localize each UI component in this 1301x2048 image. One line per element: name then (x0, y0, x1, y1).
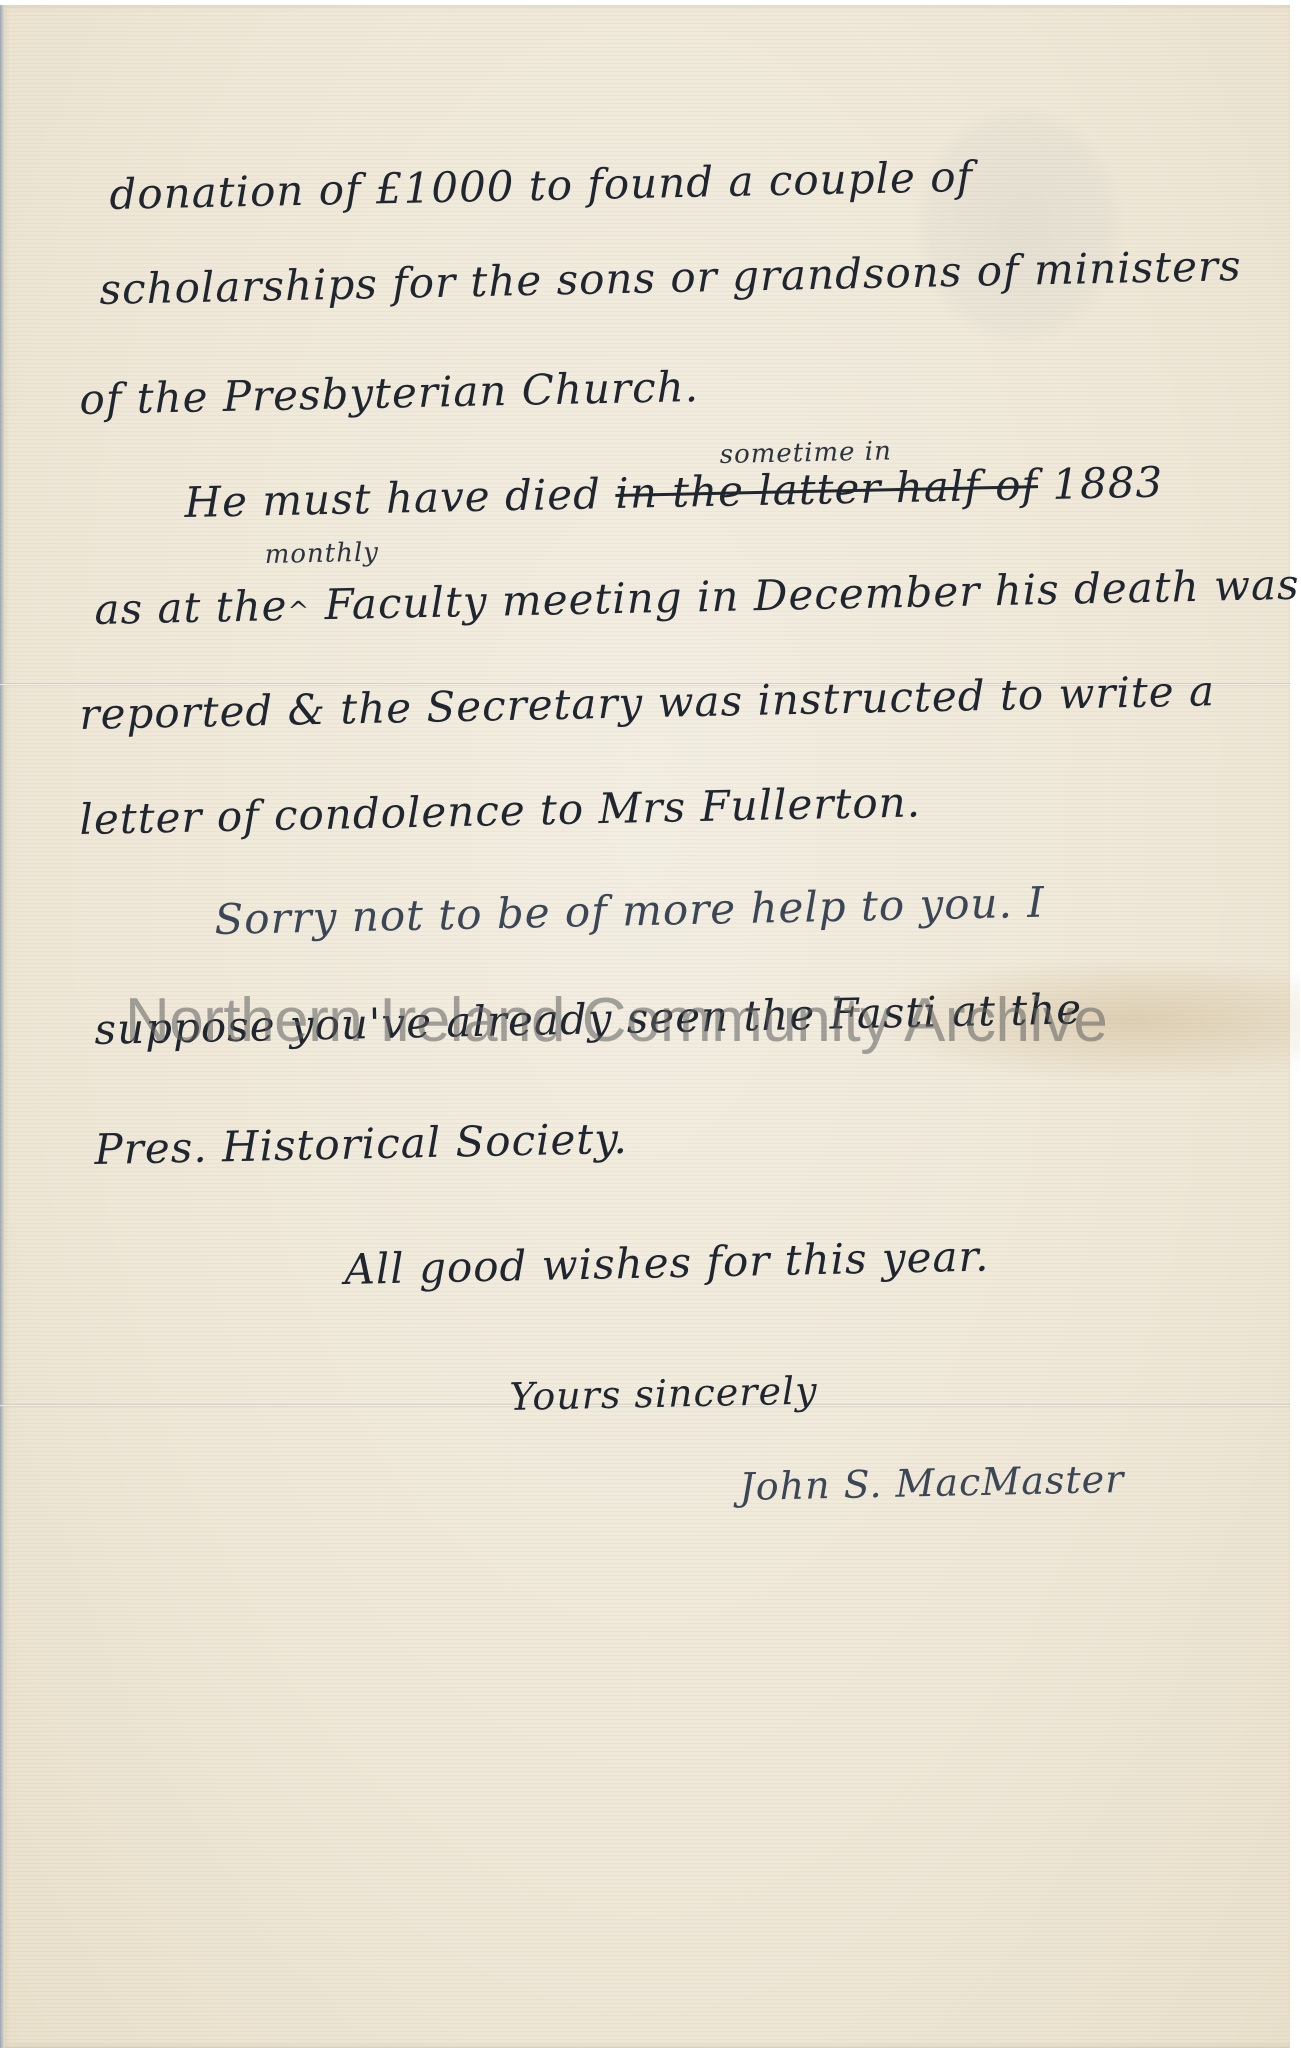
signature: John S. MacMaster (739, 1457, 1125, 1509)
closing-yours-sincerely: Yours sincerely (509, 1369, 818, 1419)
paper-left-edge (0, 5, 5, 2048)
embossed-seal-mark (915, 105, 1125, 345)
year-1883: 1883 (1052, 458, 1164, 509)
watermark: Northern Ireland Community Archive (125, 985, 1107, 1056)
line-4-text: He must have died (184, 469, 602, 527)
insertion-monthly: monthly (264, 538, 379, 570)
insertion-caret: ^ (287, 596, 310, 626)
struck-text: in the latter half of (615, 460, 1039, 518)
line-5-start: as at the (94, 581, 288, 634)
